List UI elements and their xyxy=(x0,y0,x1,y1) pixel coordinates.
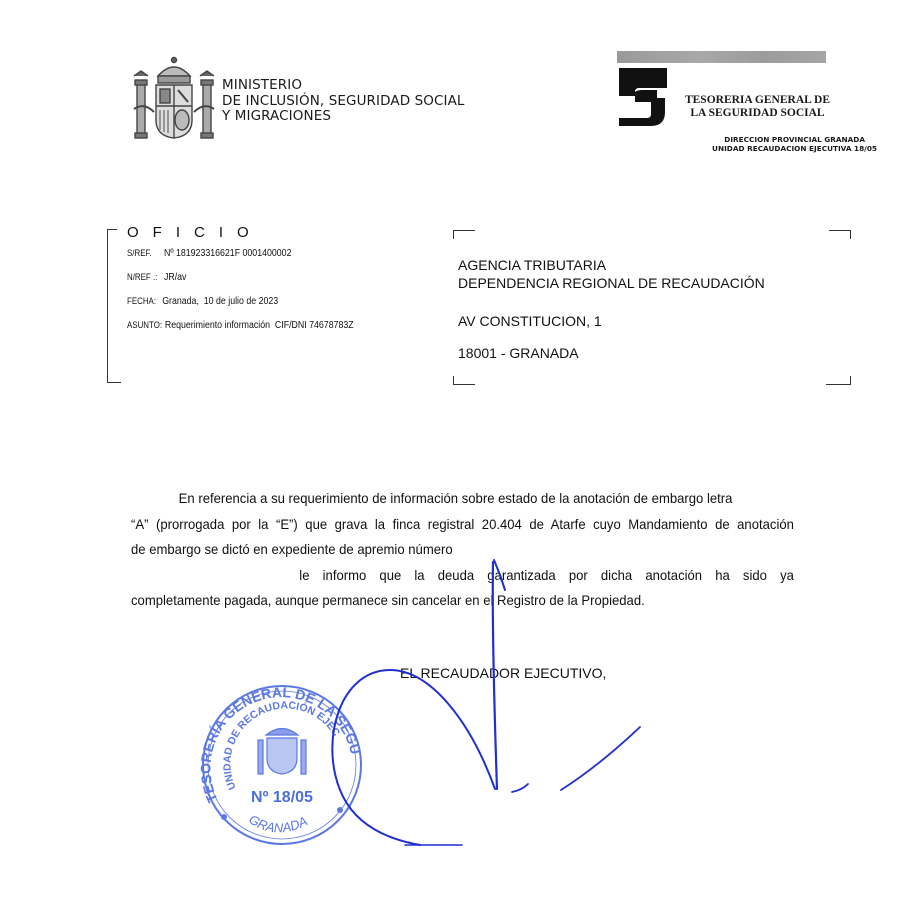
tgss-logo-icon xyxy=(617,68,667,126)
asunto-value: Requerimiento información CIF/DNI 746787… xyxy=(165,320,354,331)
address-corner-bottom-right xyxy=(826,376,851,385)
ref-row-nref: N/REF .:JR/av xyxy=(127,272,186,283)
tgss-name-line-1: TESORERIA GENERAL DE xyxy=(675,94,840,107)
stamp-number: Nº 18/05 xyxy=(251,789,313,806)
stamp-city: GRANADA xyxy=(246,812,309,836)
recipient-line-1: AGENCIA TRIBUTARIA xyxy=(458,257,606,274)
signer-title: EL RECAUDADOR EJECUTIVO, xyxy=(400,665,606,681)
sref-value: Nº 181923316621F 0001400002 xyxy=(164,248,292,259)
svg-text:GRANADA: GRANADA xyxy=(246,812,309,836)
sref-label: S/REF. xyxy=(127,248,164,258)
ref-row-fecha: FECHA:Granada, 10 de julio de 2023 xyxy=(127,296,278,307)
header-gray-bar xyxy=(617,51,826,63)
address-corner-top-left xyxy=(453,230,475,239)
recipient-city: 18001 - GRANADA xyxy=(458,345,579,362)
recipient-line-2: DEPENDENCIA REGIONAL DE RECAUDACIÓN xyxy=(458,275,765,292)
ministry-line-2: DE INCLUSIÓN, SEGURIDAD SOCIAL xyxy=(222,94,465,110)
ministry-line-1: MINISTERIO xyxy=(222,78,465,94)
body-paragraph: En referencia a su requerimiento de info… xyxy=(131,486,794,614)
tgss-subunit: DIRECCION PROVINCIAL GRANADA UNIDAD RECA… xyxy=(660,135,877,153)
fecha-value: Granada, 10 de julio de 2023 xyxy=(162,296,278,307)
ministry-line-3: Y MIGRACIONES xyxy=(222,109,465,125)
asunto-label: ASUNTO: xyxy=(127,320,165,330)
fecha-label: FECHA: xyxy=(127,296,162,306)
coat-of-arms-icon xyxy=(132,54,216,144)
body-line-3: de embargo se dictó en expediente de apr… xyxy=(131,537,794,563)
nref-label: N/REF .: xyxy=(127,272,164,282)
nref-value: JR/av xyxy=(164,272,186,283)
ref-row-sref: S/REF.Nº 181923316621F 0001400002 xyxy=(127,248,291,259)
address-corner-bottom-left xyxy=(453,376,475,385)
ministry-name: MINISTERIO DE INCLUSIÓN, SEGURIDAD SOCIA… xyxy=(222,78,465,125)
body-line-1: En referencia a su requerimiento de info… xyxy=(131,486,794,512)
address-corner-top-right xyxy=(829,230,851,239)
tgss-name: TESORERIA GENERAL DE LA SEGURIDAD SOCIAL xyxy=(675,94,840,119)
oficio-title: OFICIO xyxy=(127,224,263,241)
body-line-2: “A” (prorrogada por la “E”) que grava la… xyxy=(131,512,794,538)
body-line-4: le informo que la deuda garantizada por … xyxy=(131,563,794,589)
tgss-subunit-line-2: UNIDAD RECAUDACION EJECUTIVA 18/05 xyxy=(660,144,877,153)
tgss-name-line-2: LA SEGURIDAD SOCIAL xyxy=(675,107,840,120)
body-line-5: completamente pagada, aunque permanece s… xyxy=(131,588,794,614)
tgss-subunit-line-1: DIRECCION PROVINCIAL GRANADA xyxy=(660,135,877,144)
recipient-street: AV CONSTITUCION, 1 xyxy=(458,313,602,330)
oficio-bracket xyxy=(107,229,116,383)
ref-row-asunto: ASUNTO:Requerimiento información CIF/DNI… xyxy=(127,320,354,331)
